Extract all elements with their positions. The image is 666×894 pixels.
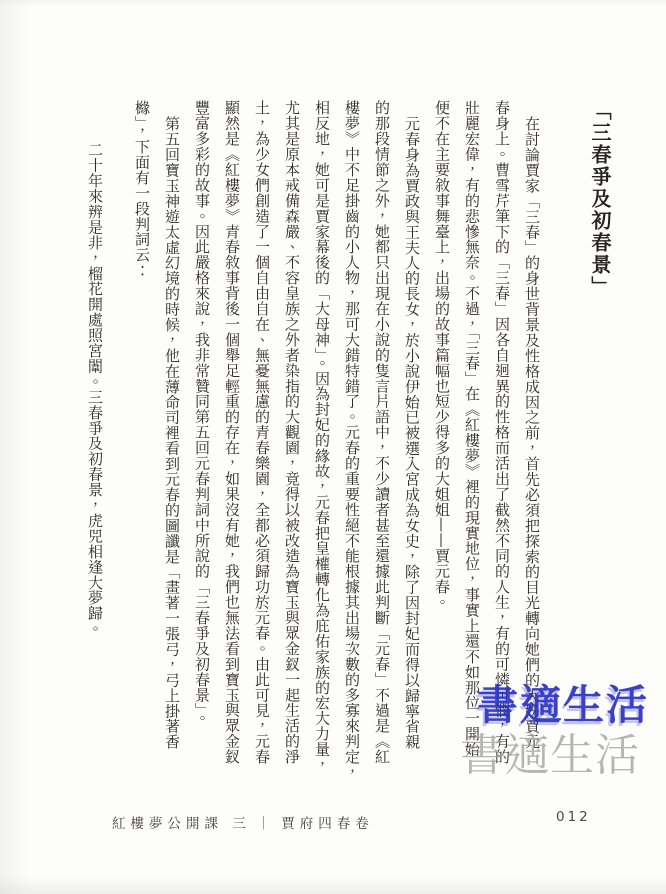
footer-volume-title: 賈府四春卷	[281, 816, 374, 832]
page-edge-top	[0, 0, 666, 6]
book-page: 「三春爭及初春景」 在討論賈家「三春」的身世背景及性格成因之前，首先必須把探索的…	[0, 0, 666, 894]
text-column-8: 相反地，她可是賈家幕後的「大母神」。因為封妃的緣故，元春把皇權轉化為庇佑家族的宏…	[307, 100, 337, 766]
text-column-10: 土，為少女們創造了一個自由自在、無憂無慮的青春樂園，全都必須歸功於元春。由此可見…	[247, 100, 277, 766]
text-column-14: 櫞」，下面有一段判詞云：	[127, 100, 157, 766]
chapter-title: 「三春爭及初春景」	[583, 100, 616, 790]
text-column-11: 顯然是《紅樓夢》青春敘事背後一個舉足輕重的存在，如果沒有她，我們也無法看到寶玉與…	[217, 100, 247, 766]
page-edge-bottom	[0, 876, 666, 894]
footer-running-title: 紅樓夢公開課 三｜賈府四春卷	[112, 812, 374, 832]
page-number: 012	[556, 809, 591, 825]
text-column-9: 尤其是原本戒備森嚴、不容皇族之外者染指的大觀園，竟得以被改造為寶玉與眾金釵一起生…	[277, 100, 307, 766]
footer-book-series: 紅樓夢公開課 三	[112, 816, 251, 832]
poem-column: 二十年來辨是非，榴花開處照宮闈。三春爭及初春景，虎兕相逢大夢歸。	[80, 100, 110, 808]
text-column-2: 春身上。曹雪芹筆下的「三春」因各自迥異的性格而活出了截然不同的人生，有的可憐可憫…	[487, 100, 517, 766]
text-column-1: 在討論賈家「三春」的身世背景及性格成因之前，首先必須把探索的目光轉向她們的大姊賈…	[517, 100, 547, 782]
text-column-3: 壯麗宏偉，有的悲慘無奈。不過，「三春」在《紅樓夢》裡的現實地位，事實上還不如那位…	[457, 100, 487, 766]
text-column-6: 的那段情節之外，她都只出現在小說的隻言片語中，不少讀者甚至還據此判斷「元春」不過…	[367, 100, 397, 766]
text-column-4: 便不在主要敘事舞臺上，出場的故事篇幅也短少得多的大姐姐——賈元春。	[427, 100, 457, 766]
page-edge-left	[0, 0, 30, 894]
text-column-12: 豐富多彩的故事。因此嚴格來說，我非常贊同第五回元春判詞中所說的「三春爭及初春景」…	[187, 100, 217, 766]
text-column-5: 元春身為賈政與王夫人的長女，於小說伊始已被選入宮成為女史，除了因封妃而得以歸寧省…	[397, 100, 427, 782]
footer-divider: ｜	[257, 816, 276, 832]
text-column-13: 第五回寶玉神遊太虛幻境的時候，他在薄命司裡看到元春的圖讖是「畫著一張弓，弓上掛著…	[157, 100, 187, 782]
text-column-7: 樓夢》中不足掛齒的小人物，那可大錯特錯了。元春的重要性絕不能根據其出場次數的多寡…	[337, 100, 367, 766]
vertical-text-block: 「三春爭及初春景」 在討論賈家「三春」的身世背景及性格成因之前，首先必須把探索的…	[80, 100, 616, 790]
